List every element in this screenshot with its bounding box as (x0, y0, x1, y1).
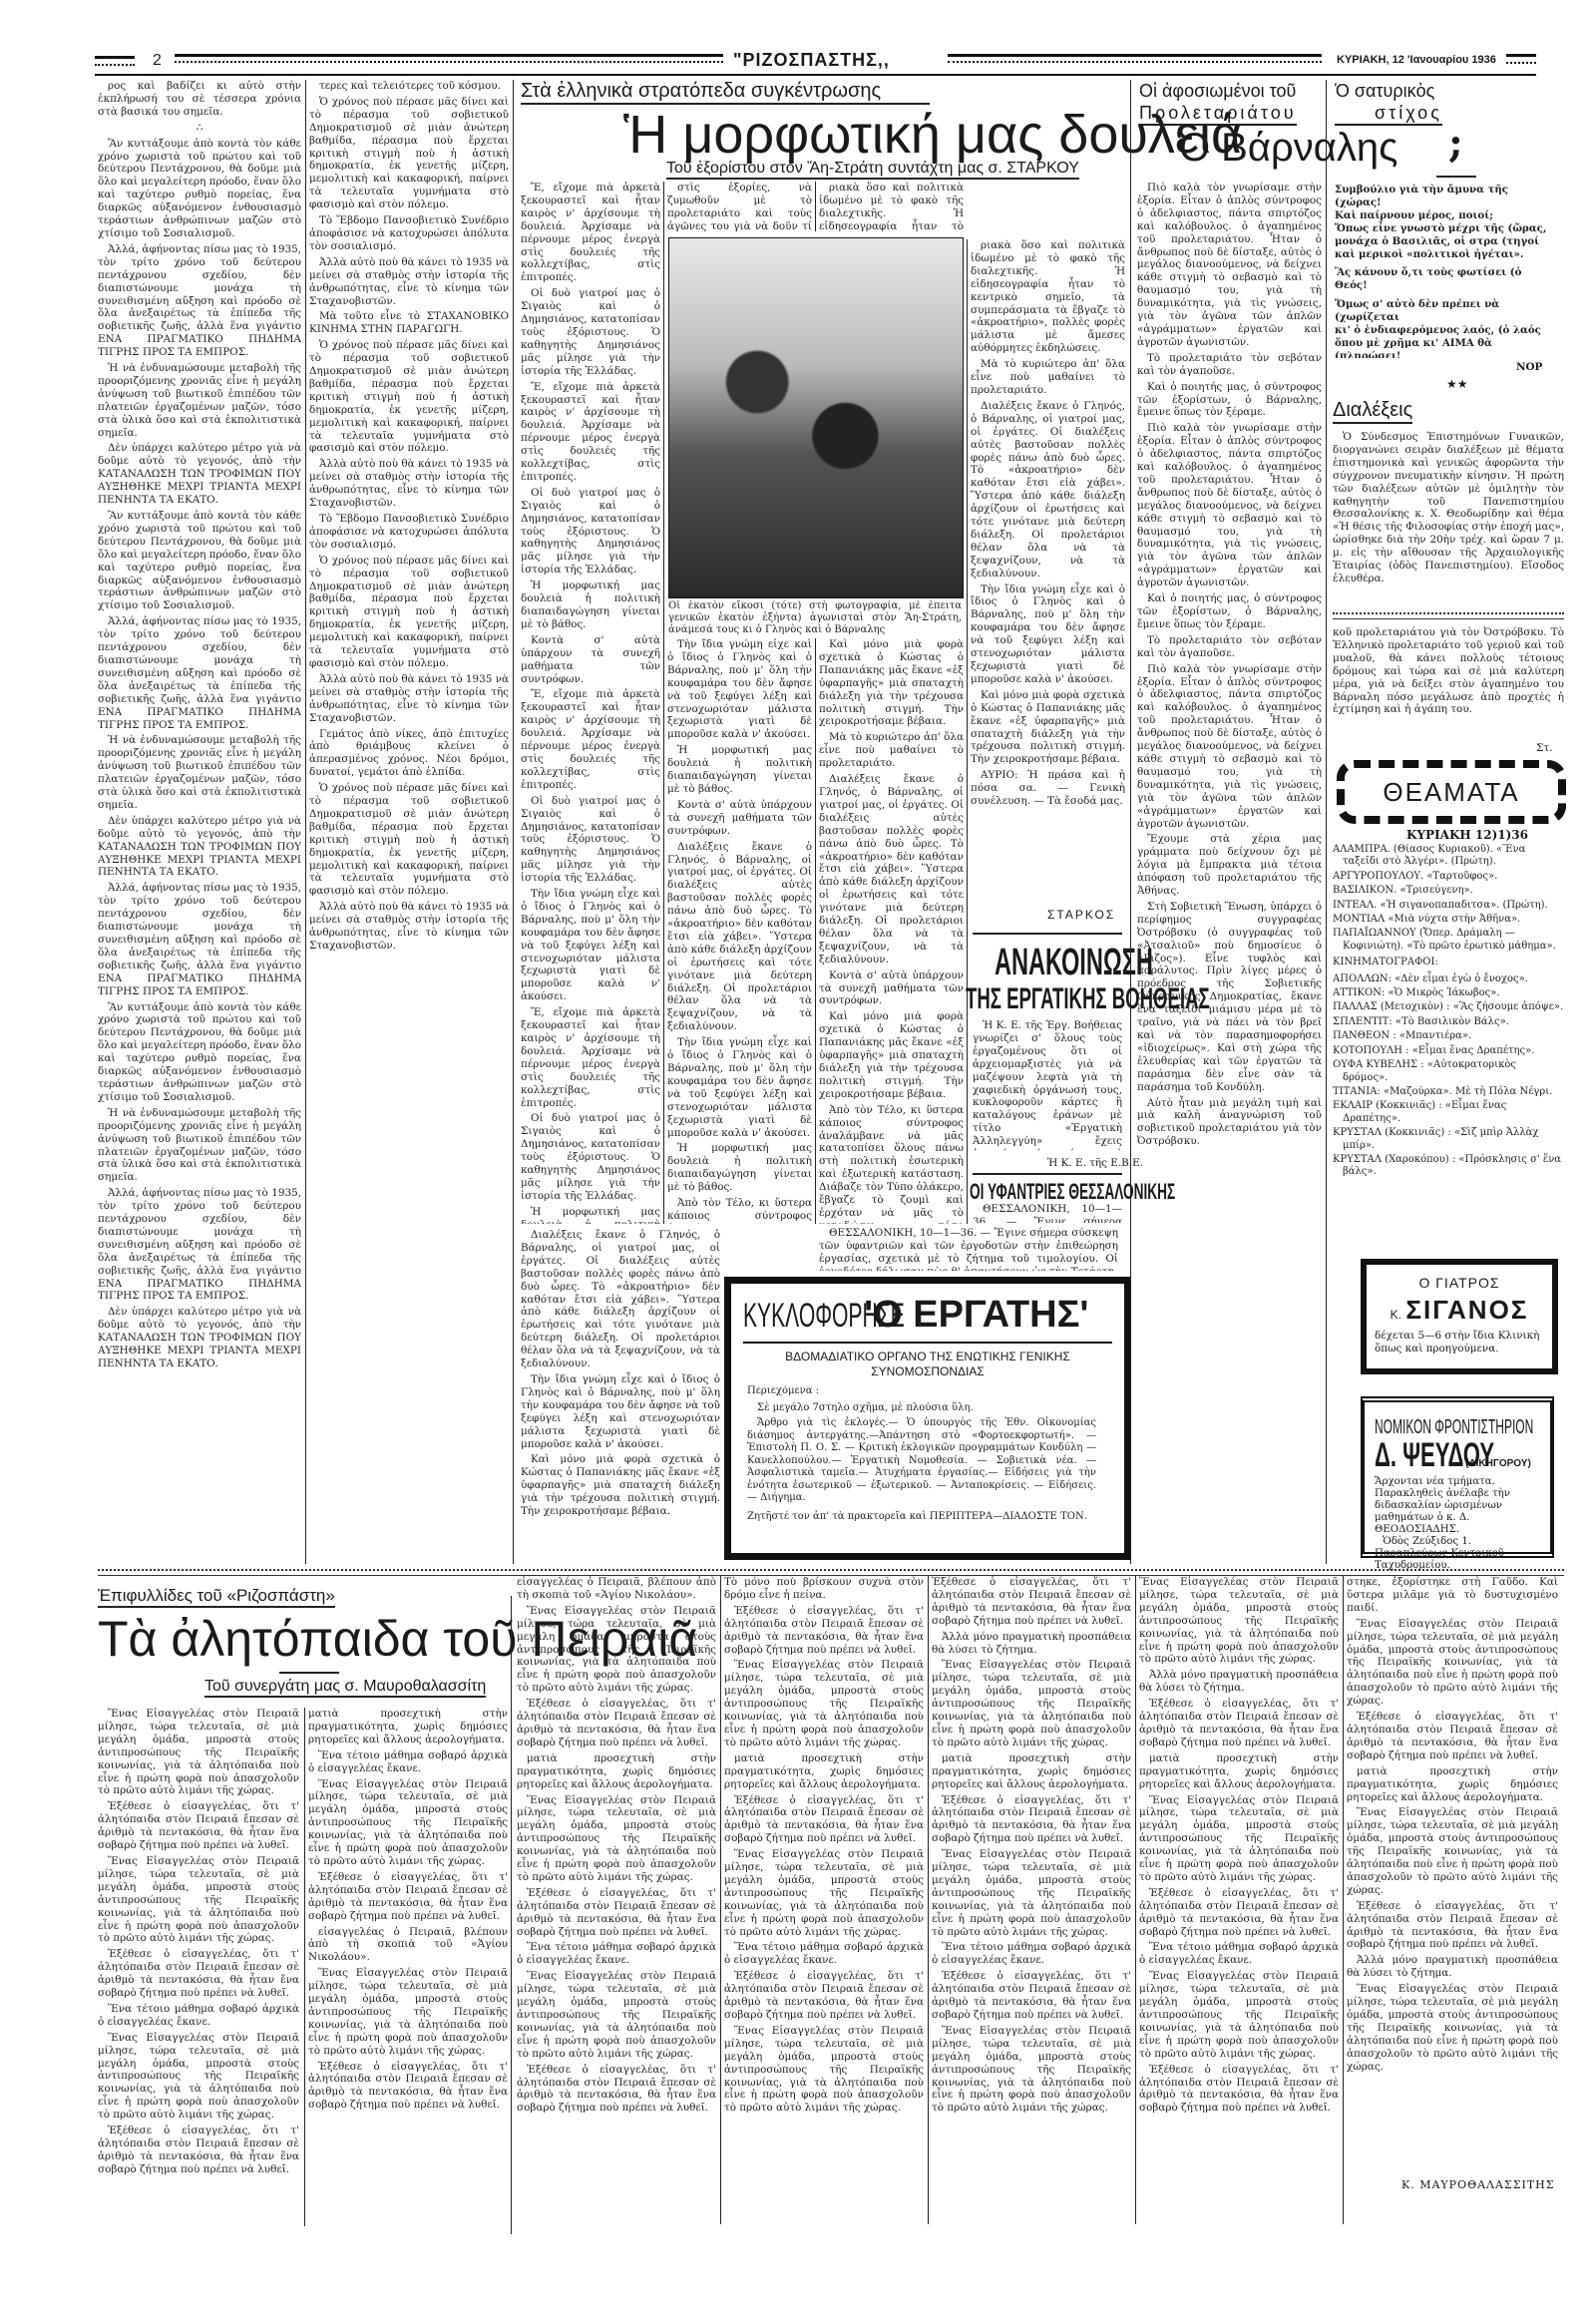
paragraph: Τὸ Ἕβδομο Πανσοβιετικὸ Συνέδριο ἀποφάσισ… (309, 513, 509, 552)
paragraph: Ἕνας Εἰσαγγελέας στὸν Πειραιᾶ μίλησε, τώ… (1139, 1970, 1339, 2060)
main-article-kicker: Στὰ ἑλληνικὰ στρατόπεδα συγκέντρωσης (521, 80, 930, 105)
paragraph: Καὶ ὁ ποιητής μας, ὁ σύντροφος τῶν ἐξορί… (1137, 592, 1322, 631)
feuilleton-col7: στηκε, ἐξορίστηκε στὴ Γαῦδο. Καὶ ὕστερα … (1347, 1576, 1558, 2174)
left-article-col2: τερες καὶ τελειότερες τοῦ κόσμου. Ὁ χρόν… (309, 80, 509, 1564)
verse-line: Ὅπως εἶνε γνωστὸ μέχρι τῆς (ὥρας, (1335, 222, 1554, 235)
paragraph: Μὰ τὸ κυριώτερο ἀπ' ὅλα εἶνε ποὺ μαθαίνε… (971, 358, 1125, 397)
paragraph: Καὶ μόνο μιὰ φορὰ σχετικὰ ὁ Κώστας ὁ Παπ… (521, 1453, 720, 1518)
paragraph: Ἡ μορφωτική μας δουλειὰ ἡ πολιτικὴ διαπα… (521, 1206, 660, 1224)
paragraph: Μὰ τὸ κυριώτερο ἀπ' ὅλα εἶνε ποὺ μαθαίνε… (819, 731, 964, 770)
paragraph: Οἱ δυὸ γιατροί μας ὁ Σιγαιὸς καὶ ὁ Δημησ… (521, 795, 660, 885)
paragraph: Οἱ δυὸ γιατροί μας ὁ Σιγαιὸς καὶ ὁ Δημησ… (521, 1112, 660, 1202)
paragraph: Πιὸ καλὰ τὸν γνωρίσαμε στὴν ἐξορία. Εἶτα… (1137, 182, 1322, 349)
divider (1436, 176, 1476, 178)
masthead-rule (948, 54, 1322, 57)
paragraph: Ἐξέθεσε ὁ εἰσαγγελέας, ὅτι τ' ἀλητόπαιδα… (1139, 1698, 1339, 1749)
column-rule (1135, 1576, 1136, 2224)
paragraph: ματιὰ προσεχτικὴ στὴν πραγματικότητα, χω… (308, 1708, 508, 1746)
masthead: 2 "ΡΙΖΟΣΠΑΣΤΗΣ,, ΚΥΡΙΑΚΗ, 12 'Ιανουαρίου… (95, 52, 1531, 76)
announcement-title: ΑΝΑΚΟΙΝΩΣΗ (973, 942, 1122, 981)
paragraph: Ἀπὸ τὸν Τέλο, κι ὕστερα κάποιος σύντροφο… (819, 1104, 964, 1224)
paragraph: Ἡ Κ. Ε. τῆς Ἐργ. Βοήθειας γνωρίζει σ' ὅλ… (973, 1019, 1122, 1151)
left-article-col1: ρος καὶ βαδίζει κι αὐτὸ στὴν ἐκπλήρωσή τ… (98, 80, 301, 1564)
paragraph: Τὸ προλεταριάτο τὸν σεβόταν καὶ τὸν ἀγαπ… (1137, 352, 1322, 378)
masthead-rule (95, 56, 135, 59)
verse-line: ὅπου μὲ χρῆμα κι' ΑΙΜΑ θὰ (πληρώσει! (1335, 337, 1554, 358)
varnalis-kicker: Οἱ ἀφοσιωμένοι τοῦ Προλεταριάτου (1139, 80, 1297, 126)
ergatis-advertisement: ΚΥΚΛΟΦΟΡΗΣΕ 'Ο ΕΡΓΑΤΗΣ' ΒΔΟΜΑΔΙΑΤΙΚΟ ΟΡΓ… (724, 1277, 1131, 1560)
paragraph: Ἕνας Εἰσαγγελέας στὸν Πειραιᾶ μίλησε, τώ… (98, 1855, 299, 1945)
paragraph: Ἔχουμε στὰ χέρια μας γράμματα ποὺ δείχνο… (1137, 833, 1322, 898)
divider (743, 1342, 1112, 1344)
satirical-symbol: ; (1448, 120, 1463, 167)
paragraph: Ἕνας Εἰσαγγελέας στὸν Πειραιᾶ μίλησε, τώ… (932, 1659, 1131, 1748)
paragraph: Καὶ μόνο μιὰ φορὰ σχετικὰ ὁ Κώστας ὁ Παπ… (819, 638, 964, 728)
paragraph: Ἀλλὰ μόνο πραγματικὴ προσπάθεια θὰ λύσει… (1139, 1669, 1339, 1695)
paragraph: Διαλέξεις ἔκανε ὁ Γληνός, ὁ Βάρναλης, οἱ… (819, 773, 964, 967)
paragraph: ματιὰ προσεχτικὴ στὴν πραγματικότητα, χω… (932, 1752, 1131, 1791)
paragraph: στηκε, ἐξορίστηκε στὴ Γαῦδο. Καὶ ὕστερα … (1347, 1576, 1558, 1615)
masthead-rule (1506, 54, 1536, 57)
paragraph: Ἀλλά, ἀφήνοντας πίσω μας τὸ 1935, τὸν τρ… (98, 615, 301, 731)
paragraph: Ἕνα τέτοιο μάθημα σοβαρό ἀρχικὰ ὁ εἰσαγγ… (98, 2003, 299, 2029)
paragraph: Ἕνας Εἰσαγγελέας στὸν Πειραιᾶ μίλησε, τώ… (1347, 1806, 1558, 1896)
paragraph: Ἡ νὰ ἐνδυναμώσουμε μεταβολὴ τῆς προοριζό… (98, 362, 301, 439)
verse-line: καὶ μερικοὶ «πολιτικοὶ ἡγέται». (1335, 248, 1554, 261)
theamata-date: ΚΥΡΙΑΚΗ 12)1)36 (1406, 828, 1528, 842)
listing: ΜΟΝΤΙΑΛ «Μιὰ νύχτα στὴν Ἀθῆνα». (1333, 914, 1564, 926)
paragraph: Ἔ, εἴχομε πιὰ ἀρκετὰ ξεκουραστεῖ καὶ ἦτα… (521, 381, 660, 484)
feuilleton-col6: Ἕνας Εἰσαγγελέας στὸν Πειραιᾶ μίλησε, τώ… (1139, 1576, 1339, 2224)
paragraph: Ἔ, εἴχομε πιὰ ἀρκετὰ ξεκουραστεῖ καὶ ἦτα… (521, 182, 660, 284)
paragraph: Δὲν ὑπάρχει καλύτερο μέτρο γιὰ νὰ δοῦμε … (98, 442, 301, 507)
verse-line: Ὅμως σ' αὐτὸ δὲν πρέπει νὰ (χωρίζεται (1335, 298, 1554, 324)
paragraph: Ἕνας Εἰσαγγελέας στὸν Πειραιᾶ μίλησε, τώ… (724, 1659, 924, 1748)
column-rule (305, 80, 306, 1564)
column-rule (513, 80, 514, 1564)
paragraph: Τὸ μόνο ποὺ βρίσκουν συχνὰ στὸν δρόμο εἶ… (724, 1576, 924, 1602)
main-article-byline: Τοῦ ἐξορίστου στὸν Ἅη-Στράτη συντάχτη μα… (666, 160, 1079, 180)
satirical-kicker-line2: στίχος (1335, 102, 1442, 126)
law-ad-line1-wrap: ΝΟΜΙΚΟΝ ΦΡΟΝΤΙΣΤΗΡΙΟΝ (1375, 1416, 1554, 1432)
paragraph: Ἔ, εἴχομε πιὰ ἀρκετὰ ξεκουραστεῖ καὶ ἦτα… (521, 1006, 660, 1109)
satirical-kicker-line1: Ὁ σατυρικὸς (1335, 80, 1442, 102)
column-rule (511, 1596, 512, 2234)
star-separator: ★★ (1446, 377, 1468, 391)
paragraph: Διαλέξεις ἔκανε ὁ Γληνός, ὁ Βάρναλης, οἱ… (667, 841, 812, 1034)
paragraph: Ἀλλὰ αὐτὸ ποὺ θὰ κάνει τὸ 1935 νὰ μείνει… (309, 901, 509, 953)
paragraph: Ἀλλὰ μόνο πραγματικὴ προσπάθεια θὰ λύσει… (932, 1631, 1131, 1657)
main-article-lower-col3: ριακὰ ὅσο καὶ πολιτικὰ ἰδωμένο μὲ τὸ φακ… (971, 239, 1125, 898)
verse-line: μονάχα ὁ Βασιλιᾶς, οἱ στρα (τηγοί (1335, 235, 1554, 248)
paragraph: Ἕνας Εἰσαγγελέας στὸν Πειραιᾶ μίλησε, τώ… (1347, 1618, 1558, 1708)
paragraph: Ἕνα τέτοιο μάθημα σοβαρό ἀρχικὰ ὁ εἰσαγγ… (1139, 1941, 1339, 1967)
announcement-subtitle: ΤΗΣ ΕΡΓΑΤΙΚΗΣ ΒΟΗΘΕΙΑΣ (966, 982, 1125, 1016)
paragraph: Ἡ μορφωτική μας δουλειὰ ἡ πολιτικὴ διαπα… (667, 1142, 812, 1194)
doctor-advertisement: Ο ΓΙΑΤΡΟΣ Κ. ΣΙΓΑΝΟΣ δέχεται 5—6 στὴν ἴδ… (1361, 1259, 1558, 1374)
format-line: Σὲ μεγάλο 7στηλο σχῆμα, μὲ πλούσια ὕλη. (747, 1402, 1096, 1415)
main-article-col3-top: ριακὰ ὅσο καὶ πολιτικὰ ἰδωμένο μὲ τὸ φακ… (819, 182, 964, 231)
paragraph: Ἕνας Εἰσαγγελέας στὸν Πειραιᾶ μίλησε, τώ… (98, 1708, 299, 1797)
varnalis-headline: Ὁ Βάρναλης (1177, 126, 1397, 171)
paragraph: εἰσαγγελέας ὁ Πειραιᾶ, βλέπουν ἀπὸ τὴ σκ… (517, 1576, 716, 1602)
listing: ΑΤΤΙΚΟΝ: «Ὁ Μικρὸς Ἰάκωβος». (1333, 987, 1564, 999)
paragraph: Ἡ μορφωτική μας δουλειὰ ἡ πολιτικὴ διαπα… (521, 580, 660, 631)
paragraph: Ἐξέθεσε ὁ εἰσαγγελέας, ὅτι τ' ἀλητόπαιδα… (517, 2064, 716, 2116)
separator-dots: ∴ (98, 122, 301, 135)
column-rule (720, 1576, 721, 2224)
weavers-body-continued: ΘΕΣΣΑΛΟΝΙΚΗ, 10—1—36. — Ἔγινε σήμερα σύσ… (819, 1227, 1118, 1271)
paragraph: Ἀλλὰ μόνο πραγματικὴ προσπάθεια θὰ λύσει… (1347, 1954, 1558, 1980)
newspaper-name: "ΡΙΖΟΣΠΑΣΤΗΣ,, (733, 50, 890, 71)
paragraph: στὶς ἐξορίες, νὰ ζυμωθοῦν μὲ τὸ προλεταρ… (667, 182, 812, 231)
paragraph: Ἕνα τέτοιο μάθημα σοβαρό ἀρχικὰ ὁ εἰσαγγ… (308, 1749, 508, 1775)
varnalis-kicker-line2: Προλεταριάτου (1139, 102, 1297, 126)
paragraph: Ὁ χρόνος ποὺ πέρασε μᾶς δίνει καὶ τὸ πέρ… (309, 96, 509, 211)
paragraph: ρος καὶ βαδίζει κι αὐτὸ στὴν ἐκπλήρωσή τ… (98, 80, 301, 119)
main-article-col1: Ἔ, εἴχομε πιὰ ἀρκετὰ ξεκουραστεῖ καὶ ἦτα… (521, 182, 660, 1224)
paragraph: Πιὸ καλὰ τὸν γνωρίσαμε στὴν ἐξορία. Εἶτα… (1137, 663, 1322, 831)
paragraph: Τὴν ἴδια γνώμη εἶχε καὶ ὁ ἴδιος ὁ Γληνὸς… (667, 638, 812, 741)
feuilleton-col3: εἰσαγγελέας ὁ Πειραιᾶ, βλέπουν ἀπὸ τὴ σκ… (517, 1576, 716, 2224)
announcement-signature: Ἡ Κ. Ε. τῆς Ε.Β.Ε. (1047, 1157, 1143, 1169)
paragraph: Τὴν ἴδια γνώμη εἶχε καὶ ὁ ἴδιος ὁ Γληνὸς… (521, 1373, 720, 1450)
paragraph: Ἐξέθεσε ὁ εἰσαγγελέας, ὅτι τ' ἀλητόπαιδα… (517, 1887, 716, 1939)
paragraph: Ἐξέθεσε ὁ εἰσαγγελέας, ὅτι τ' ἀλητόπαιδα… (1347, 1900, 1558, 1952)
page-number: 2 (153, 52, 162, 70)
paragraph: Τὴν ἴδια γνώμη εἶχε καὶ ὁ ἴδιος ὁ Γληνὸς… (971, 583, 1125, 686)
paragraph: Δὲν ὑπάρχει καλύτερο μέτρο γιὰ νὰ δοῦμε … (98, 1306, 301, 1370)
satirical-kicker: Ὁ σατυρικὸς στίχος (1335, 80, 1442, 126)
feuilleton-signature: Κ. ΜΑΥΡΟΘΑΛΑΣΣΙΤΗΣ (1401, 2178, 1555, 2191)
listing: ΚΡΥΣΤΑΛ (Χαροκόπου) : «Πρόσκλησις σ' ἕνα… (1333, 1154, 1564, 1179)
paragraph: Κοντὰ σ' αὐτὰ ὑπάρχουν τὰ συνεχῆ μαθήματ… (819, 969, 964, 1008)
masthead-dots (948, 61, 1322, 67)
paragraph: Ἐξέθεσε ὁ εἰσαγγελέας, ὅτι τ' ἀλητόπαιδα… (1347, 1711, 1558, 1762)
doctor-ad-body: δέχεται 5—6 στὴν ἴδια Κλινικὴ ὅπως καὶ π… (1367, 1326, 1552, 1358)
weavers-title-text: ΟΙ ΥΦΑΝΤΡΙΕΣ ΘΕΣΣΑΛΟΝΙΚΗΣ (970, 1179, 1068, 1205)
masthead-dots (1506, 62, 1536, 68)
paragraph: Ἕνας Εἰσαγγελέας στὸν Πειραιᾶ μίλησε, τώ… (724, 1848, 924, 1938)
column-rule (663, 182, 664, 1224)
issue-date: ΚΥΡΙΑΚΗ, 12 'Ιανουαρίου 1936 (1337, 54, 1496, 66)
divider (1333, 612, 1564, 619)
paragraph: Ἔ, εἴχομε πιὰ ἀρκετὰ ξεκουραστεῖ καὶ ἦτα… (521, 688, 660, 791)
paragraph: Οἱ δυὸ γιατροί μας ὁ Σιγαιὸς καὶ ὁ Δημησ… (521, 287, 660, 377)
weavers-title: ΟΙ ΥΦΑΝΤΡΙΕΣ ΘΕΣΣΑΛΟΝΙΚΗΣ (970, 1179, 1129, 1201)
satirical-verse: Συμβούλιο γιὰ τὴν ἄμυνα τῆς (χώρας! Καὶ … (1335, 184, 1554, 358)
paragraph: ριακὰ ὅσο καὶ πολιτικὰ ἰδωμένο μὲ τὸ φακ… (819, 182, 964, 231)
column-rule (1326, 80, 1327, 1564)
paragraph: Καὶ μόνο μιὰ φορὰ σχετικὰ ὁ Κώστας ὁ Παπ… (971, 689, 1125, 766)
masthead-dots (95, 64, 135, 70)
paragraph: Ἡ νὰ ἐνδυναμώσουμε μεταβολὴ τῆς προοριζό… (98, 734, 301, 811)
paragraph: Δὲν ὑπάρχει καλύτερο μέτρο γιὰ νὰ δοῦμε … (98, 815, 301, 880)
theamata-title: ΘΕΑΜΑΤΑ (1383, 777, 1519, 807)
column-rule (304, 1708, 305, 2226)
doctor-ad-line1: Ο ΓΙΑΤΡΟΣ (1367, 1275, 1552, 1291)
column-rule (1343, 1576, 1344, 2224)
paragraph: Καὶ ὁ ποιητής μας, ὁ σύντροφος τῶν ἐξορί… (1137, 381, 1322, 420)
weavers-body: ΘΕΣΣΑΛΟΝΙΚΗ, 10—1—36. — Ἔγινε σήμερα σύσ… (973, 1203, 1122, 1223)
listing: ΠΑΝΘΕΟΝ : «Μπαντιέρα». (1333, 1030, 1564, 1042)
doctor-prefix: Κ. (1391, 1308, 1401, 1322)
feuilleton-col2: ματιὰ προσεχτικὴ στὴν πραγματικότητα, χω… (308, 1708, 508, 2226)
announcement-body: Ἡ Κ. Ε. τῆς Ἐργ. Βοήθειας γνωρίζει σ' ὅλ… (973, 1019, 1122, 1151)
paragraph: Ἀπὸ τὸν Τέλο, κι ὕστερα κάποιος σύντροφο… (667, 1197, 812, 1224)
paragraph: Μὰ τοῦτο εἶνε τὸ ΣΤΑΧΑΝΟΒΙΚΟ ΚΙΝΗΜΑ ΣΤΗΝ… (309, 310, 509, 336)
listing: ΟΥΦΑ ΚΥΒΕΛΗΣ : «Αὐτοκρατορικὸς δρόμος». (1333, 1059, 1564, 1084)
paragraph: Ἐξέθεσε ὁ εἰσαγγελέας, ὅτι τ' ἀλητόπαιδα… (98, 2125, 299, 2176)
law-advertisement: ΝΟΜΙΚΟΝ ΦΡΟΝΤΙΣΤΗΡΙΟΝ Δ. ΨΕΥΔΟΥ (ΔΙΚΗΓΟΡ… (1361, 1396, 1554, 1558)
paragraph: Ἐξέθεσε ὁ εἰσαγγελέας, ὅτι τ' ἀλητόπαιδα… (1139, 2064, 1339, 2116)
paragraph: Κοντὰ σ' αὐτὰ ὑπάρχουν τὰ συνεχῆ μαθήματ… (667, 799, 812, 838)
paragraph: Ὁ Σύνδεσμος Ἐπιστημόνων Γυναικῶν, διοργα… (1333, 431, 1564, 585)
paragraph: Ἐξέθεσε ὁ εἰσαγγελέας, ὅτι τ' ἀλητόπαιδα… (932, 1970, 1131, 2022)
theamata-listings: ΑΛΑΜΠΡΑ. (Θίασος Κυριακοῦ). «Ἕνα ταξεῖδι… (1333, 844, 1564, 1183)
feuilleton-col1: Ἕνας Εἰσαγγελέας στὸν Πειραιᾶ μίλησε, τώ… (98, 1708, 299, 2226)
column-rule (967, 239, 968, 1224)
paragraph: Ἕνας Εἰσαγγελέας στὸν Πειραιᾶ μίλησε, τώ… (1347, 1983, 1558, 2073)
ergatis-title-row: ΚΥΚΛΟΦΟΡΗΣΕ 'Ο ΕΡΓΑΤΗΣ' (743, 1294, 1088, 1337)
paragraph: Ἕνα τέτοιο μάθημα σοβαρό ἀρχικὰ ὁ εἰσαγγ… (932, 1941, 1131, 1967)
camp-photograph (668, 237, 964, 598)
lectures-title: Διαλέξεις (1333, 399, 1412, 424)
paragraph: Ἕνας Εἰσαγγελέας στὸν Πειραιᾶ μίλησε, τώ… (308, 1967, 508, 2057)
paragraph: Διαλέξεις ἔκανε ὁ Γληνός, ὁ Βάρναλης, οἱ… (521, 1229, 720, 1370)
paragraph: Καὶ μόνο μιὰ φορὰ σχετικὰ ὁ Κώστας ὁ Παπ… (819, 1010, 964, 1100)
main-article-signature: ΣΤΑΡΚΟΣ (1047, 908, 1115, 922)
paragraph: Ἕνας Εἰσαγγελέας στὸν Πειραιᾶ μίλησε, τώ… (517, 1794, 716, 1884)
ergatis-prefix: ΚΥΚΛΟΦΟΡΗΣΕ (743, 1297, 817, 1336)
paragraph: Ἂν κυττάξουμε ἀπὸ κοντὰ τὸν κάθε χρόνο χ… (98, 138, 301, 240)
paragraph: Ὁ χρόνος ποὺ πέρασε μᾶς δίνει καὶ τὸ πέρ… (309, 339, 509, 455)
masthead-rule (175, 54, 723, 57)
doctor-name-row: Κ. ΣΙΓΑΝΟΣ (1367, 1295, 1552, 1326)
paragraph: ματιὰ προσεχτικὴ στὴν πραγματικότητα, χω… (1139, 1752, 1339, 1791)
paragraph: Ἐξέθεσε ὁ εἰσαγγελέας, ὅτι τ' ἀλητόπαιδα… (932, 1794, 1131, 1846)
lectures-body: Ὁ Σύνδεσμος Ἐπιστημόνων Γυναικῶν, διοργα… (1333, 431, 1564, 610)
varnalis-body: Πιὸ καλὰ τὸν γνωρίσαμε στὴν ἐξορία. Εἶτα… (1137, 182, 1322, 1564)
verse-line: Καὶ παίρνουν μέρος, ποιοί; (1335, 209, 1554, 222)
varnalis-continued: κοῦ προλεταριάτου γιὰ τὸν Ὀστρόβσκυ. Τὸ … (1333, 626, 1564, 746)
law-ad-name: Δ. ΨΕΥΔΟΥ (1375, 1436, 1430, 1475)
paragraph: Οἱ δυὸ γιατροί μας ὁ Σιγαιὸς καὶ ὁ Δημησ… (521, 487, 660, 577)
paragraph: Ἀλλά, ἀφήνοντας πίσω μας τὸ 1935, τὸν τρ… (98, 1187, 301, 1303)
paragraph: Ἐξέθεσε ὁ εἰσαγγελέας, ὅτι τ' ἀλητόπαιδα… (932, 1576, 1131, 1628)
paragraph: ματιὰ προσεχτικὴ στὴν πραγματικότητα, χω… (1347, 1765, 1558, 1804)
paragraph: Ἕνας Εἰσαγγελέας στὸν Πειραιᾶ μίλησε, τώ… (517, 1970, 716, 2060)
paragraph: Τὸ προλεταριάτο τὸν σεβόταν καὶ τὸν ἀγαπ… (1137, 634, 1322, 660)
paragraph: Τὸ Ἕβδομο Πανσοβιετικὸ Συνέδριο ἀποφάσισ… (309, 214, 509, 253)
paragraph: Ἕνας Εἰσαγγελέας στὸν Πειραιᾶ μίλησε, τώ… (308, 1778, 508, 1868)
column-rule (1130, 80, 1131, 1564)
law-ad-body-wrap: Ἄρχονται νέα τμήματα. Παρακληθεὶς ἀνέλαβ… (1375, 1476, 1542, 1572)
column-rule (928, 1576, 929, 2224)
listing: ΚΡΥΣΤΑΛ (Κοκκινιᾶς) : «Σὶζ μπὶρ Ἀλλὰχ μπ… (1333, 1127, 1564, 1152)
law-ad-name-row: Δ. ΨΕΥΔΟΥ (ΔΙΚΗΓΟΡΟΥ) (1375, 1436, 1531, 1475)
law-ad-body: Ἄρχονται νέα τμήματα. Παρακληθεὶς ἀνέλαβ… (1375, 1476, 1542, 1536)
doctor-name: ΣΙΓΑΝΟΣ (1405, 1295, 1528, 1325)
paragraph: Ἀλλὰ αὐτὸ ποὺ θὰ κάνει τὸ 1935 νὰ μείνει… (309, 458, 509, 510)
paragraph: Τὴν ἴδια γνώμη εἶχε καὶ ὁ ἴδιος ὁ Γληνὸς… (521, 888, 660, 1003)
listing: ΙΝΤΕΑΛ. «Ἡ σιγανοπαπαδιτσα». (Πρώτη). (1333, 900, 1564, 912)
paragraph: Ἐξέθεσε ὁ εἰσαγγελέας, ὅτι τ' ἀλητόπαιδα… (98, 1948, 299, 2000)
listing: ΤΙΤΑΝΙΑ: «Μαζούρκα». Μὲ τὴ Πόλα Νέγρι. (1333, 1086, 1564, 1098)
main-article-end-col: Διαλέξεις ἔκανε ὁ Γληνός, ὁ Βάρναλης, οἱ… (521, 1229, 720, 1564)
divider (973, 933, 1122, 935)
ergatis-contents: Περιεχόμενα : Σὲ μεγάλο 7στηλο σχῆμα, μὲ… (747, 1385, 1096, 1535)
paragraph: Κοντὰ σ' αὐτὰ ὑπάρχουν τὰ συνεχῆ μαθήματ… (521, 634, 660, 686)
paragraph: Ὁ χρόνος ποὺ πέρασε μᾶς δίνει καὶ τὸ πέρ… (309, 782, 509, 898)
feuilleton-col4: Τὸ μόνο ποὺ βρίσκουν συχνὰ στὸν δρόμο εἶ… (724, 1576, 924, 2224)
paragraph: Ἕνα τέτοιο μάθημα σοβαρό ἀρχικὰ ὁ εἰσαγγ… (517, 1941, 716, 1967)
paragraph: εἰσαγγελέας ὁ Πειραιᾶ, βλέπουν ἀπὸ τὴ σκ… (308, 1926, 508, 1965)
varnalis-kicker-line1: Οἱ ἀφοσιωμένοι τοῦ (1139, 80, 1297, 102)
call-to-action: Ζητῆστέ τον ἀπ' τὰ πρακτορεῖα καὶ ΠΕΡΙΠΤ… (747, 1511, 1096, 1524)
paragraph: Ἐξέθεσε ὁ εἰσαγγελέας, ὅτι τ' ἀλητόπαιδα… (724, 1605, 924, 1657)
paragraph: Ἐξέθεσε ὁ εἰσαγγελέας, ὅτι τ' ἀλητόπαιδα… (308, 2061, 508, 2113)
paragraph: Ἡ μορφωτική μας δουλειὰ ἡ πολιτικὴ διαπα… (667, 744, 812, 796)
announcement-title-line2: ΤΗΣ ΕΡΓΑΤΙΚΗΣ ΒΟΗΘΕΙΑΣ (966, 982, 1064, 1016)
paragraph: Ἐξέθεσε ὁ εἰσαγγελέας, ὅτι τ' ἀλητόπαιδα… (724, 1794, 924, 1846)
paragraph: Τὴν ἴδια γνώμη εἶχε καὶ ὁ ἴδιος ὁ Γληνὸς… (667, 1036, 812, 1139)
divider (973, 1173, 1122, 1175)
paragraph: Ἡ νὰ ἐνδυναμώσουμε μεταβολὴ τῆς προοριζό… (98, 1107, 301, 1184)
column-rule (815, 638, 816, 1224)
listing: ΠΑΛΛΑΣ (Μετοχικὸν) : «Ἂς ζήσουμε ἀπόψε». (1333, 1001, 1564, 1013)
paragraph: Ἕνα τέτοιο μάθημα σοβαρό ἀρχικὰ ὁ εἰσαγγ… (724, 1941, 924, 1967)
paragraph: Ἀλλὰ αὐτὸ ποὺ θὰ κάνει τὸ 1935 νὰ μείνει… (309, 673, 509, 725)
verse-line: Ἂς κάνουν ὅ,τι τοὺς φωτίσει (ὁ Θεός! (1335, 266, 1554, 292)
paragraph: τερες καὶ τελειότερες τοῦ κόσμου. (309, 80, 509, 93)
paragraph: Ἐξέθεσε ὁ εἰσαγγελέας, ὅτι τ' ἀλητόπαιδα… (1139, 1887, 1339, 1939)
divider (279, 1672, 339, 1674)
paragraph: Ἂν κυττάξουμε ἀπὸ κοντὰ τὸν κάθε χρόνο χ… (98, 510, 301, 612)
paragraph: Ἀλλά, ἀφήνοντας πίσω μας τὸ 1935, τὸν τρ… (98, 882, 301, 997)
paragraph: ΘΕΣΣΑΛΟΝΙΚΗ, 10—1—36. — Ἔγινε σήμερα σύσ… (973, 1203, 1122, 1223)
main-article-col2-top: στὶς ἐξορίες, νὰ ζυμωθοῦν μὲ τὸ προλεταρ… (667, 182, 812, 231)
paragraph: Πιὸ καλὰ τὸν γνωρίσαμε στὴν ἐξορία. Εἶτα… (1137, 422, 1322, 589)
listing: ΒΑΣΙΛΙΚΟΝ. «Τρισεύγενη». (1333, 885, 1564, 897)
paragraph: Ἕνας Εἰσαγγελέας στὸν Πειραιᾶ μίλησε, τώ… (1139, 1576, 1339, 1666)
theamata-banner: ΘΕΑΜΑΤΑ (1337, 760, 1566, 824)
paragraph: Ἕνας Εἰσαγγελέας στὸν Πειραιᾶ μίλησε, τώ… (1139, 1794, 1339, 1884)
paragraph: Ἐξέθεσε ὁ εἰσαγγελέας, ὅτι τ' ἀλητόπαιδα… (724, 1970, 924, 2022)
satirical-signature: ΝΟΡ (1516, 361, 1542, 373)
paragraph: Ἀλλὰ αὐτὸ ποὺ θὰ κάνει τὸ 1935 νὰ μείνει… (309, 256, 509, 308)
paragraph: κοῦ προλεταριάτου γιὰ τὸν Ὀστρόβσκυ. Τὸ … (1333, 626, 1564, 716)
paragraph: ΑΥΡΙΟ: Ἡ πράσα καὶ ἡ πόσα σα. — Γενικὴ σ… (971, 769, 1125, 808)
paragraph: Ἕνας Εἰσαγγελέας στὸν Πειραιᾶ μίλησε, τώ… (932, 2025, 1131, 2115)
listing: ΑΠΟΛΛΩΝ: «Δὲν εἶμαι ἐγὼ ὁ ἔνοχος». (1333, 973, 1564, 985)
announcement-title-line1: ΑΝΑΚΟΙΝΩΣΗ (995, 942, 1073, 984)
paragraph: ματιὰ προσεχτικὴ στὴν πραγματικότητα, χω… (517, 1752, 716, 1791)
listing: ΕΚΛΑΙΡ (Κοκκινιᾶς) : «Εἶμαι ἕνας Δραπέτη… (1333, 1100, 1564, 1125)
photo-caption: Οἱ ἑκατὸν εἴκοσι (τότε) στὴ φωτογραφία, … (668, 600, 962, 634)
paragraph: Στὴ Σοβιετικὴ Ἕνωση, ὑπάρχει ὁ περίφημος… (1137, 901, 1322, 1094)
ergatis-subtitle: ΒΔΟΜΑΔΙΑΤΙΚΟ ΟΡΓΑΝΟ ΤΗΣ ΕΝΩΤΙΚΗΣ ΓΕΝΙΚΗΣ… (747, 1350, 1108, 1379)
masthead-dots (175, 61, 723, 67)
paragraph: Ὁ χρόνος ποὺ πέρασε μᾶς δίνει καὶ τὸ πέρ… (309, 555, 509, 670)
verse-line: Συμβούλιο γιὰ τὴν ἄμυνα τῆς (χώρας! (1335, 184, 1554, 209)
paragraph: Ἕνας Εἰσαγγελέας στὸν Πειραιᾶ μίλησε, τώ… (98, 2032, 299, 2122)
paragraph: Ἐξέθεσε ὁ εἰσαγγελέας, ὅτι τ' ἀλητόπαιδα… (98, 1800, 299, 1852)
verse-line: κι' ὁ ἐνδιαφερόμενος λαός, (ὁ λαός (1335, 324, 1554, 337)
feuilleton-col5: Ἐξέθεσε ὁ εἰσαγγελέας, ὅτι τ' ἀλητόπαιδα… (932, 1576, 1131, 2224)
law-ad-address: Ὁδὸς Ζεύξιδος 1. Παραπλεύρως Κεντρικοῦ Τ… (1375, 1536, 1542, 1572)
paragraph: ΘΕΣΣΑΛΟΝΙΚΗ, 10—1—36. — Ἔγινε σήμερα σύσ… (819, 1227, 1118, 1271)
varnalis-continued-signature: Στ. (1536, 742, 1552, 754)
column-rule (815, 182, 816, 231)
section-divider (98, 1569, 1564, 1576)
contents-list: Ἄρθρο γιὰ τὶς ἐκλογές.— Ὁ ὑπουργὸς τῆς Ἐ… (747, 1417, 1096, 1505)
listing: ΠΑΠΑΪΩΑΝΝΟΥ (Ὄπερ. Δράμαλη — Κοφινιώτη).… (1333, 928, 1564, 953)
listing: ΚΟΤΟΠΟΥΛΗ : «Εἶμαι ἕνας Δραπέτης». (1333, 1045, 1564, 1057)
paragraph: Ἀλλά, ἀφήνοντας πίσω μας τὸ 1935, τὸν τρ… (98, 243, 301, 359)
paragraph: Διαλέξεις ἔκανε ὁ Γληνός, ὁ Βάρναλης, οἱ… (971, 400, 1125, 581)
paragraph: ματιὰ προσεχτικὴ στὴν πραγματικότητα, χω… (724, 1752, 924, 1791)
paragraph: Ἕνας Εἰσαγγελέας στὸν Πειραιᾶ μίλησε, τώ… (932, 1848, 1131, 1938)
main-article-lower-col2: Καὶ μόνο μιὰ φορὰ σχετικὰ ὁ Κώστας ὁ Παπ… (819, 638, 964, 1224)
paragraph: Ἐξέθεσε ὁ εἰσαγγελέας, ὅτι τ' ἀλητόπαιδα… (308, 1871, 508, 1923)
paragraph: Αὐτὸ ἦταν μιὰ μεγάλη τιμὴ καὶ μιὰ καλὴ ἀ… (1137, 1097, 1322, 1149)
paragraph: Ἂν κυττάξουμε ἀπὸ κοντὰ τὸν κάθε χρόνο χ… (98, 1001, 301, 1104)
contents-label: Περιεχόμενα : (747, 1385, 1096, 1398)
paragraph: Ἕνας Εἰσαγγελέας στὸν Πειραιᾶ μίλησε, τώ… (724, 2025, 924, 2115)
masthead-bottom-rule (95, 74, 1536, 76)
cinemas-label: ΚΙΝΗΜΑΤΟΓΡΑΦΟΙ: (1333, 957, 1564, 968)
listing: ΣΠΛΕΝΤΙΤ: «Τὸ Βασιλικὸν Βάλς». (1333, 1016, 1564, 1028)
listing: ΑΛΑΜΠΡΑ. (Θίασος Κυριακοῦ). «Ἕνα ταξεῖδι… (1333, 844, 1564, 869)
paragraph: Γεμάτος ἀπὸ νίκες, ἀπὸ ἐπιτυχίες ἀπὸ θρι… (309, 728, 509, 780)
feuilleton-byline: Τοῦ συνεργάτη μας σ. Μαυροθαλασσίτη (204, 1678, 486, 1698)
paragraph: ριακὰ ὅσο καὶ πολιτικὰ ἰδωμένο μὲ τὸ φακ… (971, 239, 1125, 355)
feuilleton-kicker: Ἐπιφυλλίδες τοῦ «Ριζοσπάστη» (98, 1586, 335, 1608)
paragraph: Ἐξέθεσε ὁ εἰσαγγελέας, ὅτι τ' ἀλητόπαιδα… (517, 1698, 716, 1749)
listing: ΑΡΓΥΡΟΠΟΥΛΟΥ. «Ταρτοῦφος». (1333, 871, 1564, 883)
paragraph: Ἕνας Εἰσαγγελέας στὸν Πειραιᾶ μίλησε, τώ… (517, 1605, 716, 1695)
main-article-lower-col1: Τὴν ἴδια γνώμη εἶχε καὶ ὁ ἴδιος ὁ Γληνὸς… (667, 638, 812, 1224)
